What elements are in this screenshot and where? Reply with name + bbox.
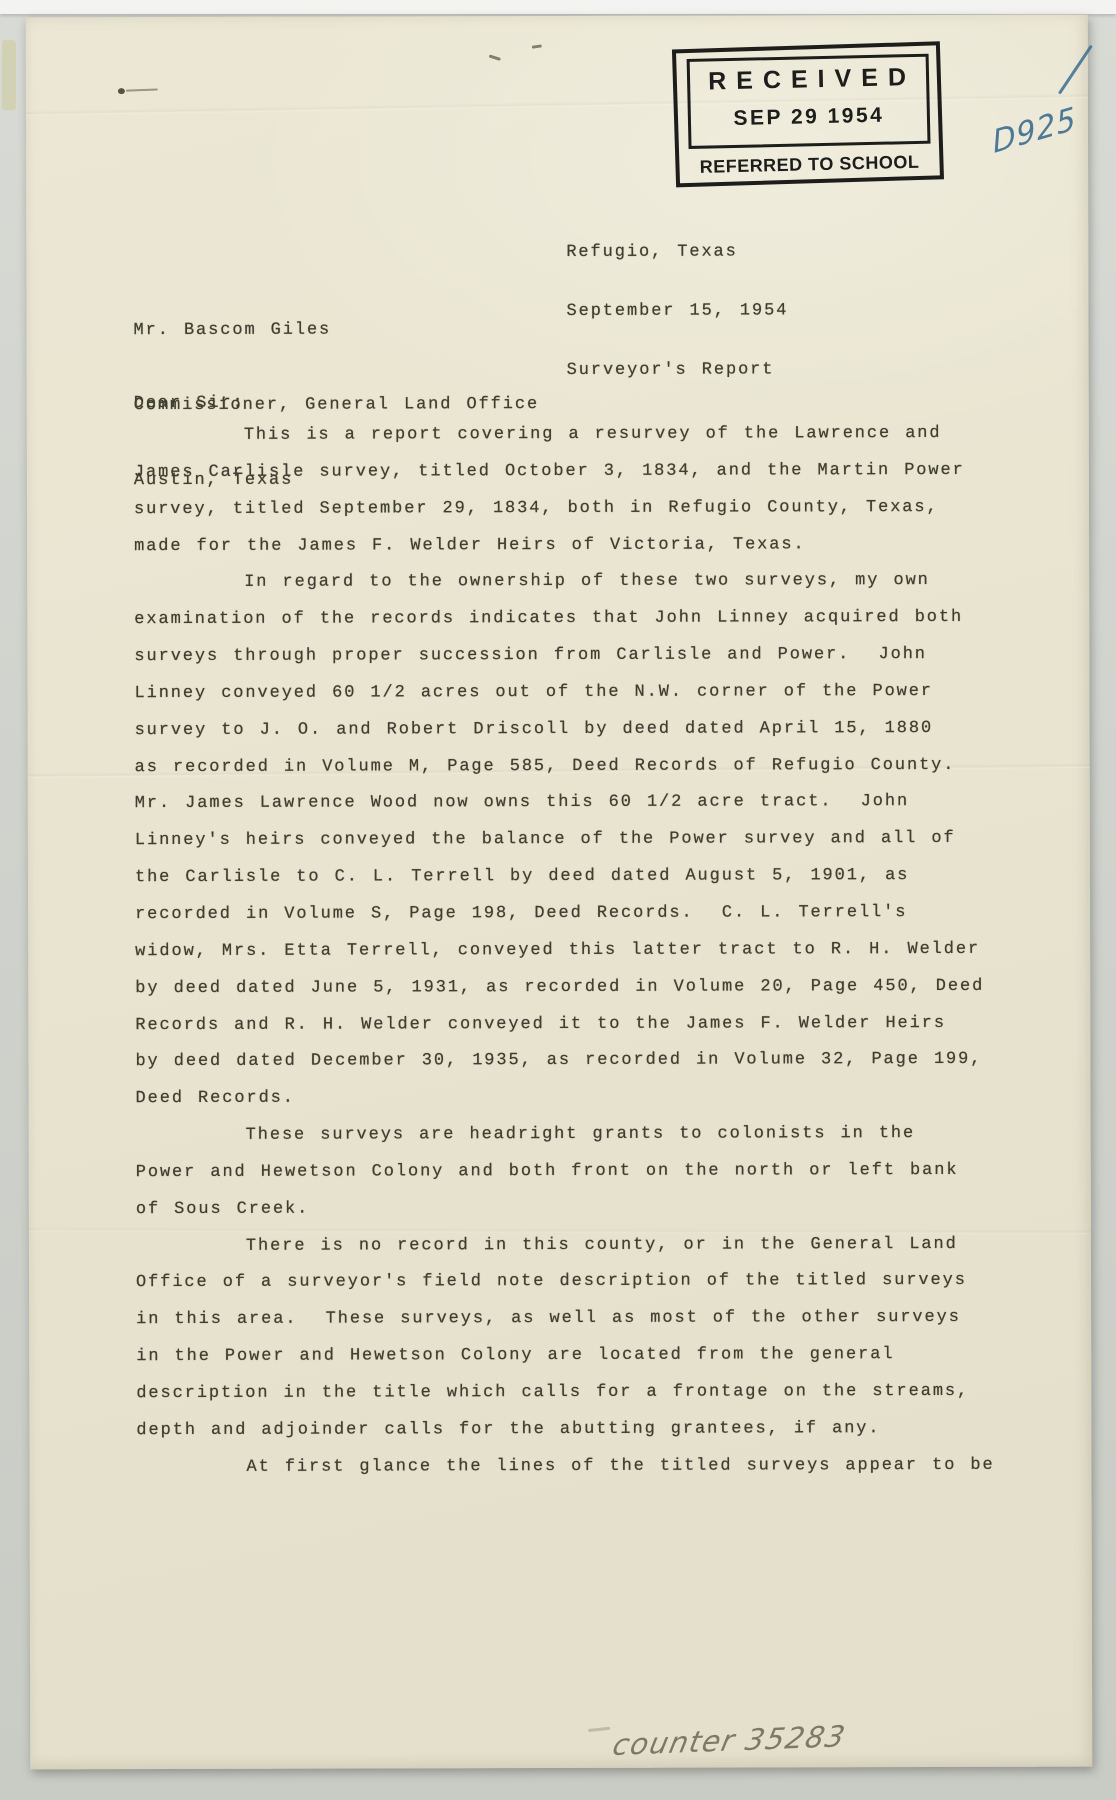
body-line: At first glance the lines of the titled … [136, 1455, 994, 1494]
body-line: There is no record in this county, or in… [136, 1234, 994, 1273]
scan-edge-artifact [2, 40, 16, 110]
body-line: These surveys are headright grants to co… [136, 1124, 994, 1163]
body-line: description in the title which calls for… [136, 1382, 994, 1421]
body-line: Power and Hewetson Colony and both front… [136, 1161, 994, 1200]
body-line: of Sous Creek. [136, 1198, 994, 1237]
body-line: by deed dated December 30, 1935, as reco… [135, 1050, 993, 1089]
stamp-received-text: RECEIVED [690, 63, 927, 97]
recipient-name: Mr. Bascom Giles [134, 320, 539, 358]
letter-title: Surveyor's Report [567, 360, 789, 380]
scan-background-top-edge [0, 0, 1116, 14]
handwritten-ink-slash [1058, 45, 1093, 95]
stamp-referred-text: REFERRED TO SCHOOL [679, 151, 939, 178]
body-line: Mr. James Lawrence Wood now owns this 60… [135, 792, 993, 831]
body-line: by deed dated June 5, 1931, as recorded … [135, 977, 993, 1016]
body-line: Office of a surveyor's field note descri… [136, 1271, 994, 1310]
letter-page: RECEIVED SEP 29 1954 REFERRED TO SCHOOL … [26, 15, 1093, 1770]
body-line: in the Power and Hewetson Colony are loc… [136, 1345, 994, 1384]
received-stamp: RECEIVED SEP 29 1954 REFERRED TO SCHOOL [672, 41, 944, 187]
letter-date: September 15, 1954 [566, 301, 788, 321]
letter-place: Refugio, Texas [566, 243, 788, 263]
body-line: In regard to the ownership of these two … [134, 571, 992, 610]
body-line: examination of the records indicates tha… [134, 608, 992, 647]
letter-body: This is a report covering a resurvey of … [134, 424, 995, 1495]
body-line: James Carlisle survey, titled October 3,… [134, 461, 992, 500]
ink-speck [489, 54, 501, 61]
body-line: made for the James F. Welder Heirs of Vi… [134, 534, 992, 573]
handwritten-ink-annotation: D925 [991, 100, 1079, 161]
body-line: the Carlisle to C. L. Terrell by deed da… [135, 866, 993, 905]
ink-speck [118, 88, 125, 94]
body-line: This is a report covering a resurvey of … [134, 424, 992, 463]
letter-header: Refugio, Texas September 15, 1954 Survey… [566, 203, 788, 419]
body-line: Linney's heirs conveyed the balance of t… [135, 829, 993, 868]
body-line: survey to J. O. and Robert Driscoll by d… [135, 719, 993, 758]
body-line: surveys through proper succession from C… [134, 645, 992, 684]
salutation: Dear Sir: [134, 394, 245, 413]
ink-speck [532, 44, 542, 48]
body-line: Deed Records. [136, 1087, 994, 1126]
stamp-date-text: SEP 29 1954 [691, 103, 927, 132]
body-line: depth and adjoinder calls for the abutti… [136, 1419, 994, 1458]
scanned-letter-screenshot: { "page": { "stamp": { "received": "RECE… [0, 0, 1116, 1800]
body-line: as recorded in Volume M, Page 585, Deed … [135, 755, 993, 794]
handwritten-pencil-counter: counter 35283 [610, 1719, 850, 1762]
body-line: Records and R. H. Welder conveyed it to … [135, 1013, 993, 1052]
ink-speck [126, 88, 158, 91]
body-line: survey, titled September 29, 1834, both … [134, 498, 992, 537]
body-line: widow, Mrs. Etta Terrell, conveyed this … [135, 940, 993, 979]
body-line: Linney conveyed 60 1/2 acres out of the … [134, 682, 992, 721]
body-line: in this area. These surveys, as well as … [136, 1308, 994, 1347]
body-line: recorded in Volume S, Page 198, Deed Rec… [135, 903, 993, 942]
pencil-smudge [588, 1727, 610, 1732]
received-stamp-inner-border: RECEIVED SEP 29 1954 [687, 54, 931, 149]
